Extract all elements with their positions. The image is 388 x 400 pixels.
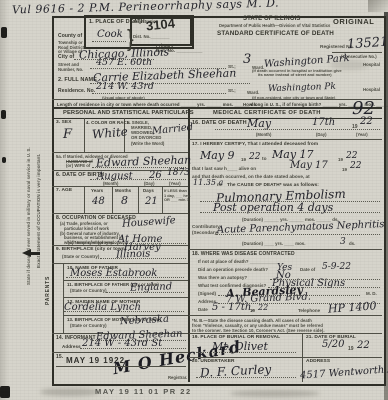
age-label: 7. AGE <box>56 188 72 193</box>
residence-value: 214 W. 43rd <box>96 81 154 92</box>
burial-year-pre: 19 <box>348 346 354 352</box>
date-of-death-line <box>215 129 380 130</box>
parents-label: PARENTS <box>45 276 51 305</box>
margin-note-occupation: Exact statement of OCCUPATION is very im… <box>36 108 41 268</box>
to-label: to <box>262 157 267 162</box>
father-birthplace-line <box>106 292 184 293</box>
received-time-stamp: MAY 19 11 01 PR 22 <box>95 387 192 396</box>
undertaker-address-label: ADDRESS <box>306 359 330 364</box>
certificate-date-year-pre: 19 <box>250 308 255 313</box>
row-line <box>189 315 382 316</box>
age-days-value: 21 <box>145 196 158 207</box>
residence-hospital-label: Hospital <box>363 87 380 92</box>
edge-mark <box>1 27 7 38</box>
cell-divider <box>84 186 85 213</box>
residence-st-label: St.; <box>228 89 236 94</box>
edge-mark <box>2 157 6 163</box>
operation-date-value: 5-9-22 <box>322 262 351 272</box>
residence-line <box>92 93 226 94</box>
filed-line <box>56 366 186 367</box>
age-months-value: 8 <box>121 194 128 207</box>
cell-divider <box>84 118 85 152</box>
left-edge-shade <box>0 0 9 400</box>
attended-to-year: 22 <box>346 151 357 161</box>
certificate-date-value: 5 - 17th, <box>212 302 254 313</box>
filed-label: 15. <box>56 354 63 360</box>
original-label: ORIGINAL <box>333 17 374 26</box>
cell-divider <box>112 186 113 213</box>
father-birthplace-state-label: (State or Country) <box>70 288 107 293</box>
mother-name-line <box>64 311 184 312</box>
dob-year: 1873 <box>167 168 190 178</box>
signed-label: (Signed) <box>198 291 216 296</box>
last-saw-value: May 17 <box>290 160 328 171</box>
scan-smudge <box>230 390 320 397</box>
residence-label: Residence. No. <box>58 88 95 94</box>
ward-number: 3 <box>243 52 251 67</box>
certificate-date-year: 22 <box>258 303 268 312</box>
parents-divider <box>63 263 64 333</box>
county-label: County of <box>58 33 82 39</box>
row-line <box>52 107 382 109</box>
informant-address-label: Address <box>62 344 81 349</box>
operation-date-label: Date of <box>300 267 315 272</box>
contributory-secondary-label: (Secondary) <box>192 230 219 235</box>
undertaker-line <box>196 377 296 378</box>
undertaker-label: 20. UNDERTAKER <box>192 359 235 364</box>
county-line <box>92 41 126 42</box>
burial-place-line <box>196 352 296 353</box>
cell-divider <box>138 186 139 213</box>
attended-to-year-pre: 19 <box>338 157 343 162</box>
age-months-label: Months <box>115 188 131 193</box>
duration2-days-value: 3 <box>340 237 346 247</box>
registered-no-value: 13521 <box>347 35 388 53</box>
attended-from-year-pre: 19 <box>241 157 246 162</box>
arrow-mark <box>22 249 31 257</box>
last-saw-year: 22 <box>350 161 361 171</box>
death-time-m-label: m. <box>217 182 222 187</box>
sex-label: 3. SEX <box>56 120 72 125</box>
row-line <box>189 139 382 140</box>
personal-section-title: PERSONAL AND STATISTICAL PARTICULARS <box>63 110 194 116</box>
date-of-death-label: 16. DATE OF DEATH <box>192 120 247 126</box>
cell-divider <box>162 186 163 213</box>
burial-date-value: 5/20 <box>322 339 344 350</box>
date-of-death-year: 22 <box>360 116 373 127</box>
certificate-title: STANDARD CERTIFICATE OF DEATH <box>217 30 334 37</box>
md-label: M. D. <box>366 291 377 296</box>
length-of-residence-line: Length of residence in city or town wher… <box>57 102 257 107</box>
registration-stamp: 3104 <box>145 16 175 34</box>
contributory-label: Contributory <box>192 224 220 229</box>
age-days-label: Days <box>143 188 154 193</box>
duration2-days-label: ds. <box>349 241 355 246</box>
department-line: Department of Public Health—Division of … <box>219 23 330 28</box>
cause-of-death-intro: The CAUSE OF DEATH* was as follows: <box>227 182 319 187</box>
duration2-label: (Duration) ____ yrs. ____ mos. <box>242 241 305 246</box>
top-right-corner-shade <box>368 0 388 12</box>
edge-mark <box>0 386 10 398</box>
row-line <box>189 249 382 250</box>
hospital-note-2: its name instead of street and number) <box>258 72 332 77</box>
margin-note-military: State if deceased ever served in militar… <box>26 105 31 285</box>
row-line <box>189 357 382 358</box>
dod-day-label: (Day) <box>316 132 326 137</box>
attended-from-value: May 9 <box>200 149 235 162</box>
arrow-mark-tail <box>31 252 40 255</box>
county-value: Cook <box>97 29 123 40</box>
sex-value: F <box>63 127 72 142</box>
birthplace-line <box>100 258 186 259</box>
last-saw-year-pre: 19 <box>342 167 347 172</box>
spouse-label-3: (or) WIFE of <box>66 163 90 168</box>
not-at-place-label: If not at place of death? ____________ <box>198 259 280 264</box>
nb-note-line-3: to the coroner. See Section 10, Coroner'… <box>192 328 325 333</box>
attended-from-year: 22 <box>249 152 260 162</box>
dod-year-label: (Year) <box>356 132 368 137</box>
street-label-2: Number, No. <box>58 67 83 72</box>
marital-label-5: (Write the Word) <box>131 141 164 146</box>
city-label: City of <box>58 54 74 60</box>
dod-month-label: (Month) <box>256 132 271 137</box>
last-saw-label: that I last saw h____ alive on <box>192 166 256 171</box>
edge-mark <box>1 110 6 119</box>
contributory-line <box>216 234 380 235</box>
telephone-label: Telephone <box>298 308 320 313</box>
hospital-label: Hospital <box>363 62 380 67</box>
age-less-label-3: OR ___ min.? <box>164 197 189 202</box>
row-line <box>52 186 188 187</box>
column-divider <box>188 107 190 382</box>
age-years-value: 48 <box>92 196 105 207</box>
registrar-label: Registrar. <box>168 375 187 380</box>
certificate-date-label: Date <box>198 307 208 312</box>
street-value: 457 E. 60th <box>96 57 152 68</box>
disease-contracted-label: 18. WHERE WAS DISEASE CONTRACTED <box>192 251 295 257</box>
row-line <box>52 99 382 100</box>
operation-label: Did an operation precede death? <box>198 267 268 272</box>
dob-line <box>90 179 186 180</box>
scan-smudge <box>40 388 100 396</box>
burial-year-value: 22 <box>357 340 370 351</box>
certify-label: 17. I HEREBY CERTIFY, That I attended de… <box>192 141 318 146</box>
age-years-label: Years <box>91 188 103 193</box>
state-line: STATE OF ILLINOIS <box>243 16 300 22</box>
cause-line-2 <box>200 212 380 213</box>
birthplace-state-label: (State or Country) <box>62 254 99 259</box>
autopsy-label: Was there an autopsy? <box>198 275 247 280</box>
dist-no-label: Dist. No.________ <box>133 34 170 39</box>
date-of-death-day: 17th <box>312 117 335 128</box>
medical-section-title: MEDICAL CERTIFICATE OF DEATH <box>213 110 321 116</box>
mother-birthplace-state-label: (State or Country) <box>70 323 107 328</box>
row-line <box>189 333 382 334</box>
death-certificate-scan: Vul 9616 - 2 P.M. Perineorrhaphy says M.… <box>0 0 388 400</box>
father-name-line <box>66 277 184 278</box>
